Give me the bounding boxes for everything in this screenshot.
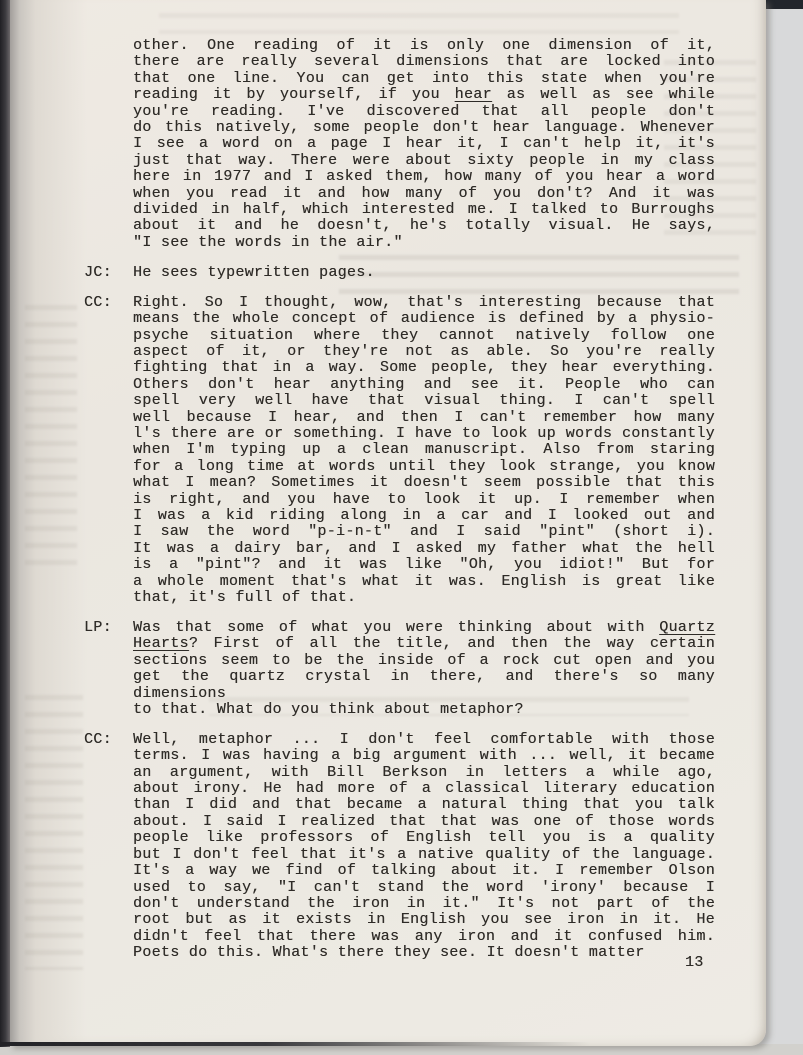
text-line: about it and he doesn't, he's totally vi… bbox=[133, 218, 715, 234]
text-line: I see a word on a page I hear it, I can'… bbox=[133, 136, 715, 152]
scanned-book-page: other. One reading of it is only one dim… bbox=[0, 0, 803, 1055]
paragraph: other. One reading of it is only one dim… bbox=[84, 38, 724, 251]
text-line: just that way. There were about sixty pe… bbox=[133, 153, 715, 169]
text-line: Was that some of what you were thinking … bbox=[133, 620, 715, 636]
text-line: to that. What do you think about metapho… bbox=[133, 702, 715, 718]
text-line: fighting that in a way. Some people, the… bbox=[133, 360, 715, 376]
text-line: a whole moment that's what it was. Engli… bbox=[133, 574, 715, 590]
bleed-through-texture bbox=[25, 300, 77, 570]
text-line: is a "pint"? and it was like "Oh, you id… bbox=[133, 557, 715, 573]
underlined-text: hear bbox=[455, 86, 492, 103]
underlined-text: Hearts bbox=[133, 635, 189, 652]
text-line: It was a dairy bar, and I asked my fathe… bbox=[133, 541, 715, 557]
text-line: Right. So I thought, wow, that's interes… bbox=[133, 295, 715, 311]
speaker-label: CC: bbox=[84, 732, 133, 962]
text-line: It's a way we find of talking about it. … bbox=[133, 863, 715, 879]
text-line: an argument, with Bill Berkson in letter… bbox=[133, 765, 715, 781]
text-line: do this natively, some people don't hear… bbox=[133, 120, 715, 136]
book-spine bbox=[0, 0, 10, 1047]
paragraph: CC:Right. So I thought, wow, that's inte… bbox=[84, 295, 724, 607]
text-line: psyche situation where they cannot nativ… bbox=[133, 328, 715, 344]
text-line: divided in half, which interested me. I … bbox=[133, 202, 715, 218]
speaker-label: LP: bbox=[84, 620, 133, 718]
text-line: people like professors of English tell y… bbox=[133, 830, 715, 846]
text-line: well because I hear, and then I can't re… bbox=[133, 410, 715, 426]
text-line: sections seem to be the inside of a rock… bbox=[133, 653, 715, 669]
speaker-label: CC: bbox=[84, 295, 133, 607]
text-line: that one line. You can get into this sta… bbox=[133, 71, 715, 87]
text-line: spell very well have that visual thing. … bbox=[133, 393, 715, 409]
text-line: l's there are or something. I have to lo… bbox=[133, 426, 715, 442]
text-line: get the quartz crystal in there, and the… bbox=[133, 669, 715, 702]
bleed-through-texture bbox=[159, 8, 679, 34]
page-number: 13 bbox=[685, 955, 704, 971]
underlined-text: Quartz bbox=[659, 619, 715, 636]
text-line: Others don't hear anything and see it. P… bbox=[133, 377, 715, 393]
text-line: than I did and that became a natural thi… bbox=[133, 797, 715, 813]
text-line: Well, metaphor ... I don't feel comforta… bbox=[133, 732, 715, 748]
text-line: is right, and you have to look it up. I … bbox=[133, 492, 715, 508]
text-line: other. One reading of it is only one dim… bbox=[133, 38, 715, 54]
text-line: when I'm typing up a clean manuscript. A… bbox=[133, 442, 715, 458]
text-line: Poets do this. What's there they see. It… bbox=[133, 945, 715, 961]
scan-background-dark-edge bbox=[763, 0, 803, 9]
text-line: what I mean? Sometimes it doesn't seem p… bbox=[133, 475, 715, 491]
page: other. One reading of it is only one dim… bbox=[9, 0, 766, 1046]
text-line: I saw the word "p-i-n-t" and I said "pin… bbox=[133, 524, 715, 540]
text-line: terms. I was having a big argument with … bbox=[133, 748, 715, 764]
text-line: you're reading. I've discovered that all… bbox=[133, 104, 715, 120]
transcript: other. One reading of it is only one dim… bbox=[84, 38, 724, 962]
paragraph: CC:Well, metaphor ... I don't feel comfo… bbox=[84, 732, 724, 962]
text-line: aspect of it, or they're not as able. So… bbox=[133, 344, 715, 360]
text-line: reading it by yourself, if you hear as w… bbox=[133, 87, 715, 103]
text-line: He sees typewritten pages. bbox=[133, 265, 715, 281]
speaker-label: JC: bbox=[84, 265, 133, 281]
text-line: didn't feel that there was any iron and … bbox=[133, 929, 715, 945]
bleed-through-texture bbox=[25, 690, 83, 970]
page-bottom-scan-line bbox=[0, 1042, 590, 1046]
text-line: "I see the words in the air." bbox=[133, 235, 715, 251]
text-line: root but as it exists in English you see… bbox=[133, 912, 715, 928]
text-line: don't understand the iron in it." It's n… bbox=[133, 896, 715, 912]
paragraph: LP:Was that some of what you were thinki… bbox=[84, 620, 724, 718]
text-line: for a long time at words until they look… bbox=[133, 459, 715, 475]
text-line: about irony. He had more of a classical … bbox=[133, 781, 715, 797]
text-line: that, it's full of that. bbox=[133, 590, 715, 606]
text-line: but I don't feel that it's a native qual… bbox=[133, 847, 715, 863]
text-line: here in 1977 and I asked them, how many … bbox=[133, 169, 715, 185]
text-line: Hearts? First of all the title, and then… bbox=[133, 636, 715, 652]
text-line: used to say, "I can't stand the word 'ir… bbox=[133, 880, 715, 896]
text-line: about. I said I realized that that was o… bbox=[133, 814, 715, 830]
paragraph: JC:He sees typewritten pages. bbox=[84, 265, 724, 281]
text-line: means the whole concept of audience is d… bbox=[133, 311, 715, 327]
binding-shadow bbox=[9, 0, 87, 1046]
speaker-label bbox=[84, 38, 133, 251]
text-line: there are really several dimensions that… bbox=[133, 54, 715, 70]
text-line: I was a kid riding along in a car and I … bbox=[133, 508, 715, 524]
text-line: when you read it and how many of you don… bbox=[133, 186, 715, 202]
